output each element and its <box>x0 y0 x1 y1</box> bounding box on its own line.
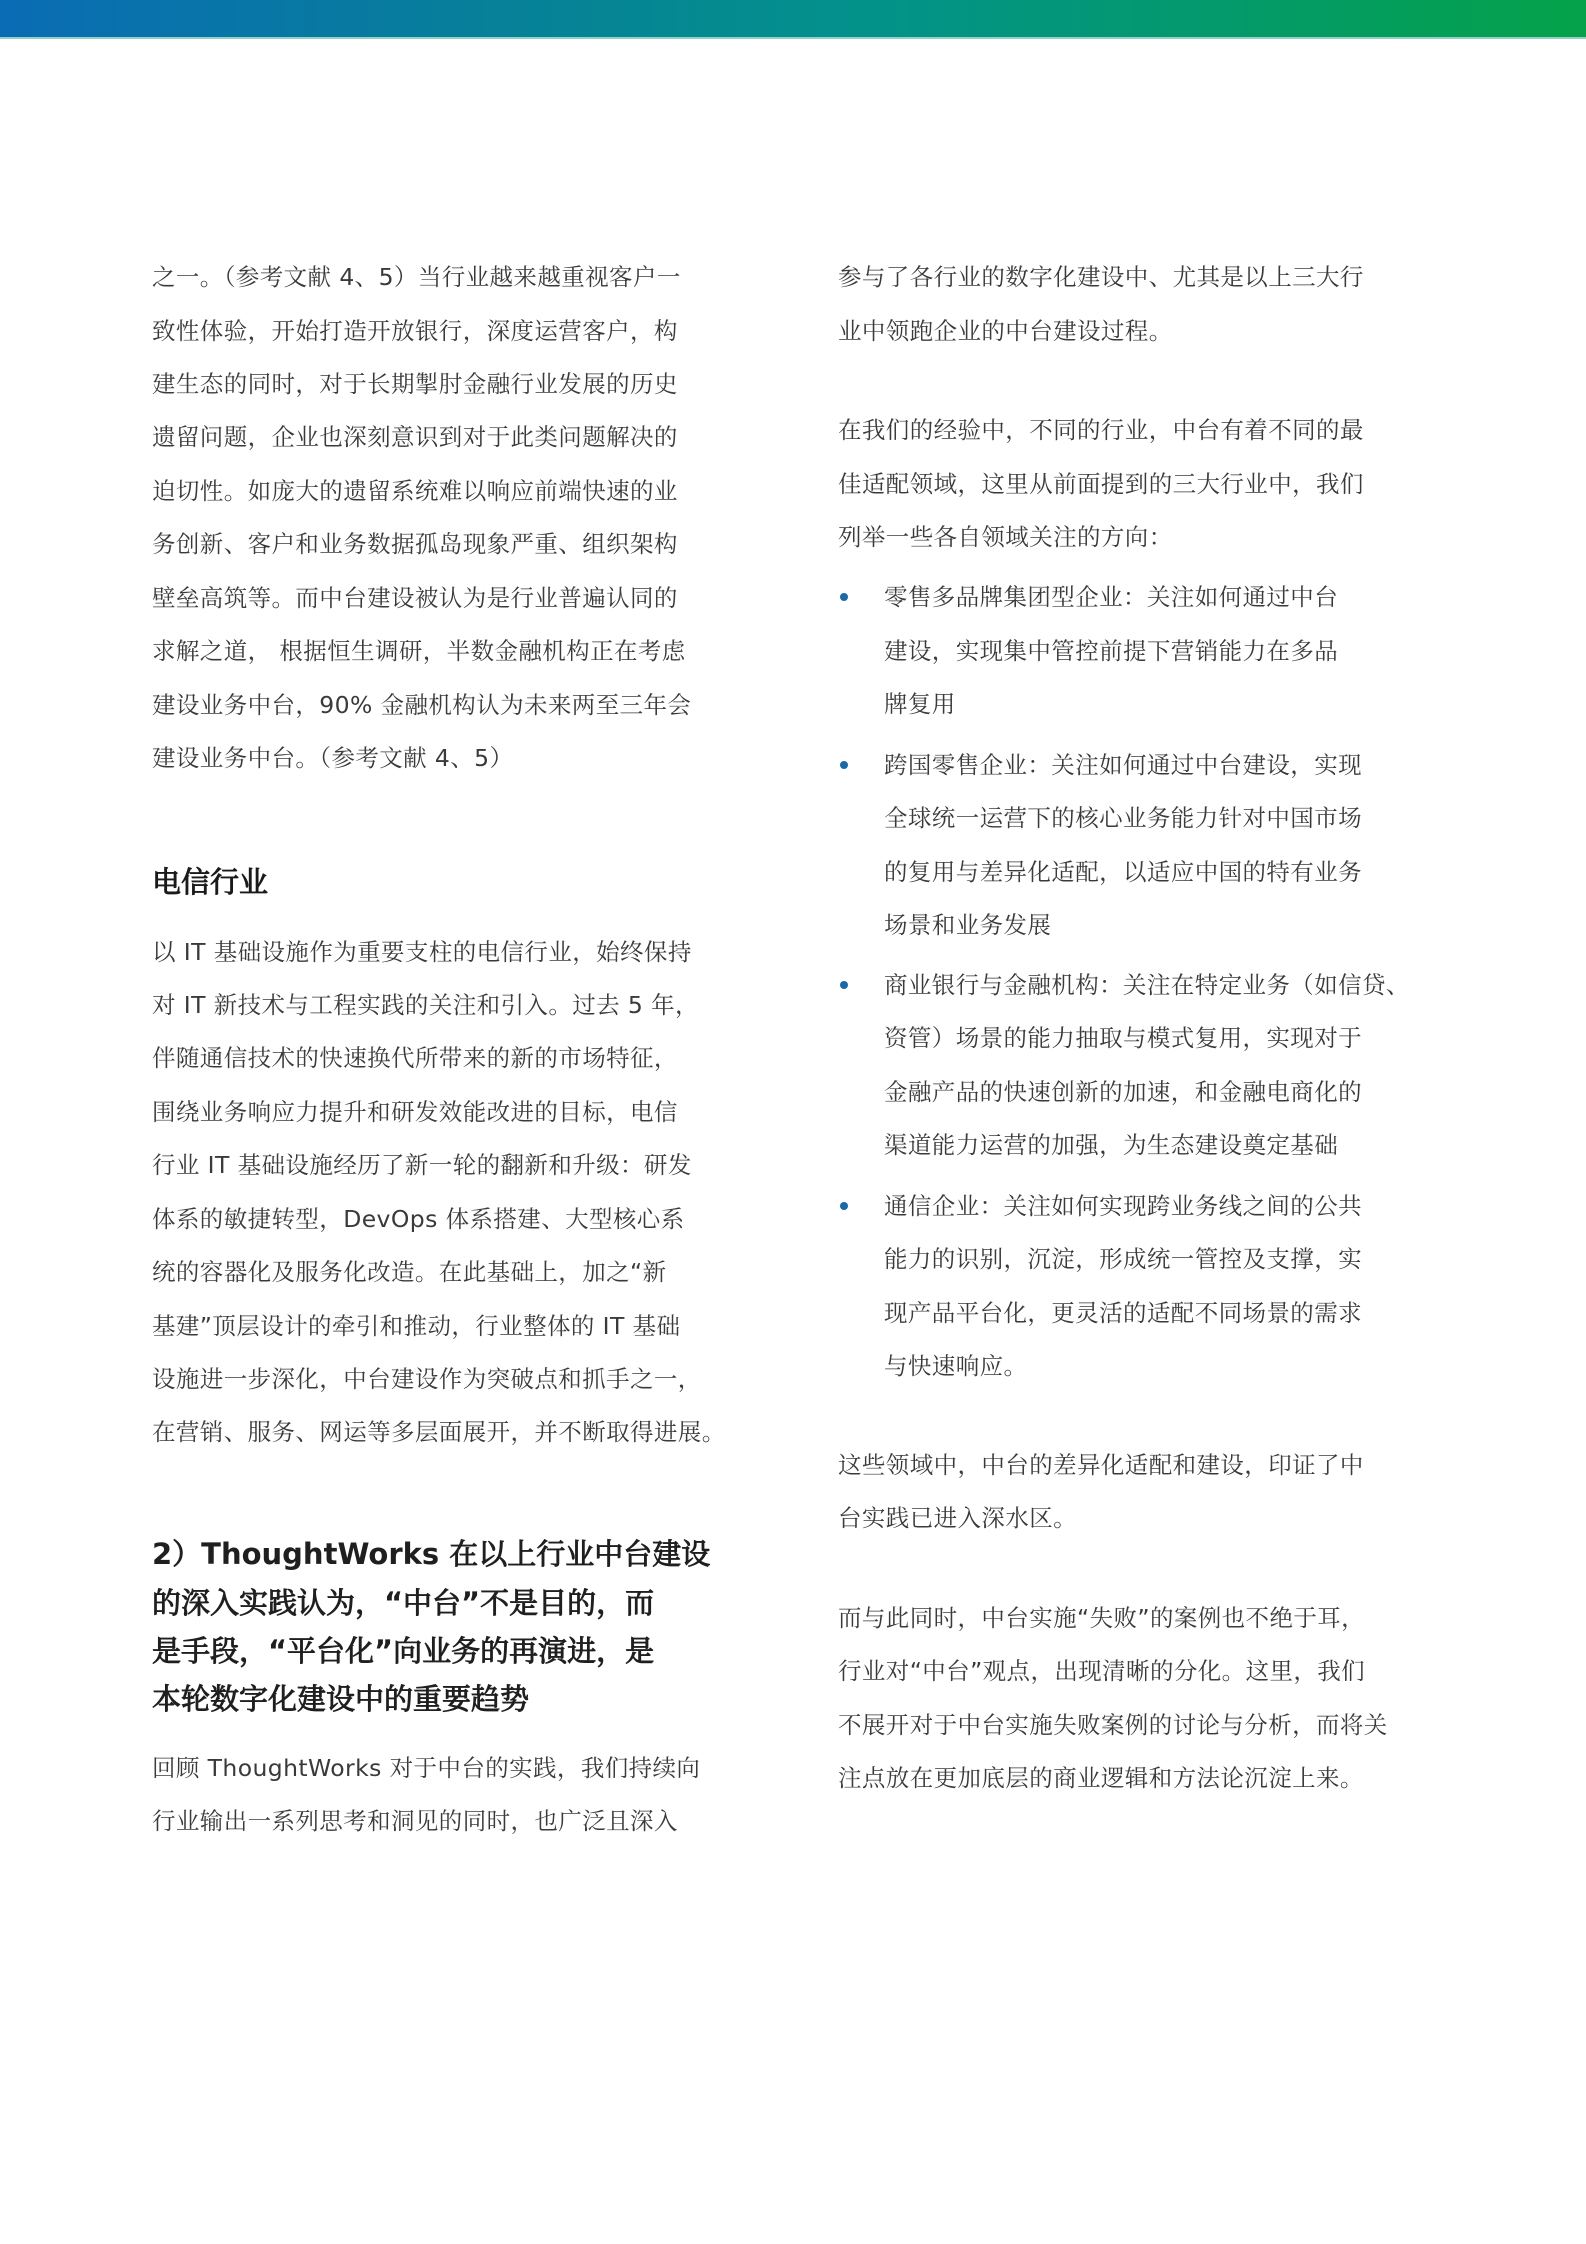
text-line: 对 IT 新技术与工程实践的关注和引入。过去 5 年， <box>152 990 699 1020</box>
text-line: 回顾 ThoughtWorks 对于中台的实践，我们持续向 <box>152 1753 700 1783</box>
text-line: 商业银行与金融机构：关注在特定业务（如信贷、 <box>884 970 1410 1000</box>
heading-line: 本轮数字化建设中的重要趋势 <box>152 1681 529 1717</box>
text-line: 行业对“中台”观点，出现清晰的分化。这里，我们 <box>838 1656 1365 1686</box>
text-line: 在营销、服务、网运等多层面展开，并不断取得进展。 <box>152 1417 726 1447</box>
text-line: 现产品平台化，更灵活的适配不同场景的需求 <box>884 1298 1362 1328</box>
text-line: 迫切性。如庞大的遗留系统难以响应前端快速的业 <box>152 476 678 506</box>
heading-line: 的深入实践认为，“中台”不是目的，而 <box>152 1585 654 1621</box>
heading-line: 是手段，“平台化”向业务的再演进，是 <box>152 1633 654 1669</box>
text-line: 建设业务中台，90% 金融机构认为未来两至三年会 <box>152 690 691 720</box>
text-line: 统的容器化及服务化改造。在此基础上，加之“新 <box>152 1257 666 1287</box>
text-line: 建生态的同时，对于长期掣肘金融行业发展的历史 <box>152 369 678 399</box>
text-line: 求解之道， 根据恒生调研，半数金融机构正在考虑 <box>152 636 686 666</box>
text-line: 行业输出一系列思考和洞见的同时，也广泛且深入 <box>152 1806 678 1836</box>
section-heading-telecom: 电信行业 <box>152 864 268 900</box>
text-line: 这些领域中，中台的差异化适配和建设，印证了中 <box>838 1450 1364 1480</box>
text-line: 牌复用 <box>884 689 956 719</box>
text-line: 基建”顶层设计的牵引和推动，行业整体的 IT 基础 <box>152 1311 680 1341</box>
text-line: 设施进一步深化，中台建设作为突破点和抓手之一， <box>152 1364 702 1394</box>
text-line: 致性体验，开始打造开放银行，深度运营客户，构 <box>152 316 678 346</box>
text-line: 遗留问题，企业也深刻意识到对于此类问题解决的 <box>152 422 678 452</box>
text-line: 在我们的经验中，不同的行业，中台有着不同的最 <box>838 415 1364 445</box>
text-line: 以 IT 基础设施作为重要支柱的电信行业，始终保持 <box>152 937 692 967</box>
text-line: 列举一些各自领域关注的方向： <box>838 522 1173 552</box>
text-line: 跨国零售企业：关注如何通过中台建设，实现 <box>884 750 1362 780</box>
text-line: 建设，实现集中管控前提下营销能力在多品 <box>884 636 1338 666</box>
header-gradient-bar <box>0 0 1586 39</box>
bullet-dot-icon <box>840 761 848 769</box>
text-line: 佳适配领域，这里从前面提到的三大行业中，我们 <box>838 469 1364 499</box>
text-line: 而与此同时，中台实施“失败”的案例也不绝于耳， <box>838 1603 1365 1633</box>
text-line: 金融产品的快速创新的加速，和金融电商化的 <box>884 1077 1362 1107</box>
text-line: 渠道能力运营的加强，为生态建设奠定基础 <box>884 1130 1338 1160</box>
heading-line: 2）ThoughtWorks 在以上行业中台建设 <box>152 1536 710 1572</box>
text-line: 通信企业：关注如何实现跨业务线之间的公共 <box>884 1191 1362 1221</box>
text-line: 壁垒高筑等。而中台建设被认为是行业普遍认同的 <box>152 583 678 613</box>
text-line: 之一。（参考文献 4、5）当行业越来越重视客户一 <box>152 262 681 292</box>
text-line: 的复用与差异化适配，以适应中国的特有业务 <box>884 857 1362 887</box>
bullet-dot-icon <box>840 1202 848 1210</box>
text-line: 不展开对于中台实施失败案例的讨论与分析，而将关 <box>838 1710 1388 1740</box>
text-line: 行业 IT 基础设施经历了新一轮的翻新和升级：研发 <box>152 1150 692 1180</box>
text-line: 业中领跑企业的中台建设过程。 <box>838 316 1173 346</box>
text-line: 全球统一运营下的核心业务能力针对中国市场 <box>884 803 1362 833</box>
text-line: 参与了各行业的数字化建设中、尤其是以上三大行 <box>838 262 1364 292</box>
bullet-dot-icon <box>840 981 848 989</box>
text-line: 围绕业务响应力提升和研发效能改进的目标，电信 <box>152 1097 678 1127</box>
text-line: 务创新、客户和业务数据孤岛现象严重、组织架构 <box>152 529 678 559</box>
bullet-dot-icon <box>840 593 848 601</box>
text-line: 注点放在更加底层的商业逻辑和方法论沉淀上来。 <box>838 1763 1364 1793</box>
text-line: 建设业务中台。（参考文献 4、5） <box>152 743 513 773</box>
text-line: 台实践已进入深水区。 <box>838 1503 1077 1533</box>
text-line: 能力的识别，沉淀，形成统一管控及支撑，实 <box>884 1244 1362 1274</box>
text-line: 与快速响应。 <box>884 1351 1027 1381</box>
text-line: 场景和业务发展 <box>884 910 1051 940</box>
text-line: 体系的敏捷转型，DevOps 体系搭建、大型核心系 <box>152 1204 685 1234</box>
text-line: 伴随通信技术的快速换代所带来的新的市场特征， <box>152 1043 678 1073</box>
text-line: 零售多品牌集团型企业：关注如何通过中台 <box>884 582 1338 612</box>
text-line: 资管）场景的能力抽取与模式复用，实现对于 <box>884 1023 1362 1053</box>
